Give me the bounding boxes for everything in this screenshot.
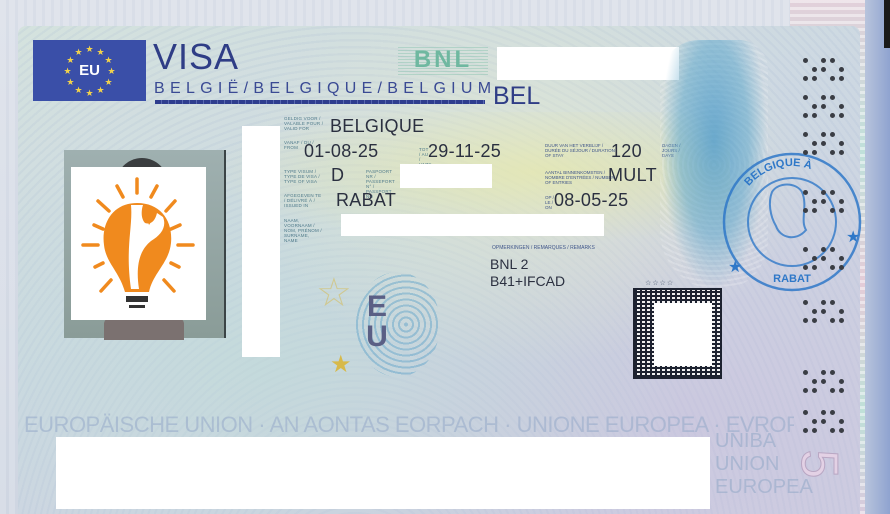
security-band-text: EUROPÄISCHE UNION · AN AONTAS EORPACH · … (24, 412, 794, 438)
perforation-dot (839, 76, 844, 81)
remarks-line-2: B41+IFCAD (490, 273, 565, 289)
eu-flag-label: EU (33, 62, 146, 79)
redaction-mrz (56, 437, 710, 509)
value-type-of-visa: D (331, 165, 344, 186)
label-type-of-visa: TYPE VISUM / TYPE DE VISA / TYPE OF VISA (284, 169, 324, 184)
eu-flag: ★★★★★★★★★★★★ EU (33, 40, 146, 101)
perforation-dot (830, 410, 835, 415)
perforation-dot (830, 95, 835, 100)
perforation-dot (839, 318, 844, 323)
perforation-dot (812, 419, 817, 424)
perforation-dot (821, 410, 826, 415)
perforation-dot (812, 428, 817, 433)
perforation-dot (821, 132, 826, 137)
perforation-dot (812, 309, 817, 314)
perforation-dot (830, 208, 835, 213)
perforation-dot (839, 379, 844, 384)
consulate-stamp: BELGIQUE À RABAT ★ ★ (716, 130, 864, 300)
perforation-dot (839, 388, 844, 393)
photo-redaction-logo (71, 167, 206, 320)
perforation-dot (830, 247, 835, 252)
perforation-dot (812, 76, 817, 81)
svg-text:★: ★ (96, 85, 104, 95)
stars-row-icon: ☆☆☆☆ (645, 279, 674, 287)
perforation-dot (830, 76, 835, 81)
perforation-dot (839, 141, 844, 146)
perforation-dot (812, 67, 817, 72)
label-name: NAAM, VOORNAAM / NOM, PRÉNOM / SURNAME, … (284, 218, 324, 243)
perforation-dot (803, 265, 808, 270)
perforation-dot (803, 76, 808, 81)
perforation-dot (821, 199, 826, 204)
perforation-dot (821, 67, 826, 72)
country-line: BELGIË/BELGIQUE/BELGIUM (154, 80, 496, 98)
redaction-barcode (654, 303, 712, 366)
perforation-dot (830, 318, 835, 323)
bnl-logo: BNL (398, 45, 488, 75)
photo-neck (104, 318, 184, 340)
perforation-dot (830, 428, 835, 433)
visa-title: VISA (153, 36, 239, 78)
stamp-star-left-icon: ★ (728, 259, 742, 276)
perforation-dot (803, 318, 808, 323)
perforation-dot (821, 141, 826, 146)
perforation-dot (821, 104, 826, 109)
perforation-dot (839, 256, 844, 261)
perforation-dot (830, 190, 835, 195)
svg-text:★: ★ (74, 47, 82, 57)
label-valid-for: GELDIG VOOR / VALABLE POUR / VALID FOR (284, 116, 324, 131)
perforation-dot (803, 247, 808, 252)
perforation-dot (821, 58, 826, 63)
perforation-dot (821, 300, 826, 305)
perforation-dot (812, 256, 817, 261)
perforation-dot (821, 309, 826, 314)
perforation-dot (839, 67, 844, 72)
perforation-dot (830, 150, 835, 155)
stamp-text-bottom: RABAT (773, 273, 811, 285)
perforation-dot (839, 150, 844, 155)
svg-text:★: ★ (85, 88, 93, 98)
value-from: 01-08-25 (304, 141, 378, 162)
svg-text:★: ★ (85, 44, 93, 54)
security-band-right: UNIBA UNION EUROPEA (715, 430, 795, 499)
perforation-dot (839, 113, 844, 118)
svg-text:★: ★ (96, 47, 104, 57)
perforation-dot (830, 370, 835, 375)
perforation-dot (812, 379, 817, 384)
stamp-crest-icon (770, 185, 806, 238)
band-word: UNIBA (715, 430, 795, 453)
label-remarks: OPMERKINGEN / REMARQUES / REMARKS (492, 245, 595, 251)
redaction-name (341, 214, 604, 236)
value-issued-in: RABAT (336, 190, 396, 211)
perforation-dot (821, 247, 826, 252)
value-duration-of-stay: 120 (611, 141, 642, 162)
perforation-dot (821, 379, 826, 384)
remarks-line-1: BNL 2 (490, 256, 528, 272)
perforation-dot (803, 190, 808, 195)
perforation-dot (821, 190, 826, 195)
perforation-dot (803, 113, 808, 118)
value-number-of-entries: MULT (608, 165, 657, 186)
perforation-dot (803, 388, 808, 393)
perforation-dot (812, 265, 817, 270)
perforation-dot (830, 58, 835, 63)
perforation-dot (839, 309, 844, 314)
redaction-side-strip (242, 126, 280, 357)
perforation-dot (803, 370, 808, 375)
perforation-dot (839, 208, 844, 213)
label-issued-in: AFGEGEVEN TE / DÉLIVRÉ À / ISSUED IN (284, 193, 324, 208)
perforation-dot (821, 256, 826, 261)
stamp-text-top: BELGIQUE À (742, 157, 813, 188)
page-edge (865, 0, 890, 514)
band-word: EUROPEA (715, 476, 795, 499)
perforation-dot (812, 208, 817, 213)
perforation-dot (839, 104, 844, 109)
redaction-header (497, 47, 679, 80)
perforation-dot (821, 370, 826, 375)
label-duration-of-stay: DUUR VAN HET VERBLIJF / DURÉE DU SÉJOUR … (545, 143, 615, 158)
perforation-dot (830, 300, 835, 305)
perforation-dot (803, 428, 808, 433)
perforation-dot (803, 410, 808, 415)
value-until: 29-11-25 (428, 141, 501, 162)
microprint-band (155, 100, 485, 104)
value-valid-for: BELGIQUE (330, 116, 424, 137)
perforation-dot (803, 300, 808, 305)
perforation-dot (830, 265, 835, 270)
perforation-dot (812, 388, 817, 393)
perforation-dot (821, 419, 826, 424)
perforation-dot (803, 95, 808, 100)
perforation-dot (803, 208, 808, 213)
perforation-dot (812, 199, 817, 204)
perforation-dot (839, 265, 844, 270)
label-number-of-entries: AANTAL BINNENKOMSTEN / NOMBRE D'ENTRÉES … (545, 170, 615, 185)
perforation-dot (812, 113, 817, 118)
perforation-dot (830, 388, 835, 393)
perforation-dot (839, 428, 844, 433)
gold-star-outline-icon: ☆ (316, 270, 352, 316)
eu-mark-text: E U (362, 292, 392, 352)
stamp-star-right-icon: ★ (846, 229, 860, 246)
perforation-dot (812, 150, 817, 155)
svg-text:BELGIQUE À: BELGIQUE À (742, 157, 813, 188)
perforation-dot (830, 113, 835, 118)
svg-text:★: ★ (74, 85, 82, 95)
redaction-passport-number (400, 164, 492, 188)
perforation-dot (803, 132, 808, 137)
perforation-dot (839, 419, 844, 424)
perforation-dot (803, 58, 808, 63)
perforation-dot (812, 318, 817, 323)
perforation-dot (830, 132, 835, 137)
perforation-dot (821, 95, 826, 100)
value-issued-on: 08-05-25 (554, 190, 628, 211)
gold-star-icon: ★ (330, 350, 352, 379)
page-edge-shadow (884, 0, 890, 48)
perforation-dot (803, 150, 808, 155)
band-word: UNION (715, 453, 795, 476)
issuing-state-code: BEL (493, 82, 540, 111)
perforation-dot (812, 141, 817, 146)
perforation-dot (812, 104, 817, 109)
lightbulb-logo-icon (71, 167, 206, 320)
perforation-dot (839, 199, 844, 204)
